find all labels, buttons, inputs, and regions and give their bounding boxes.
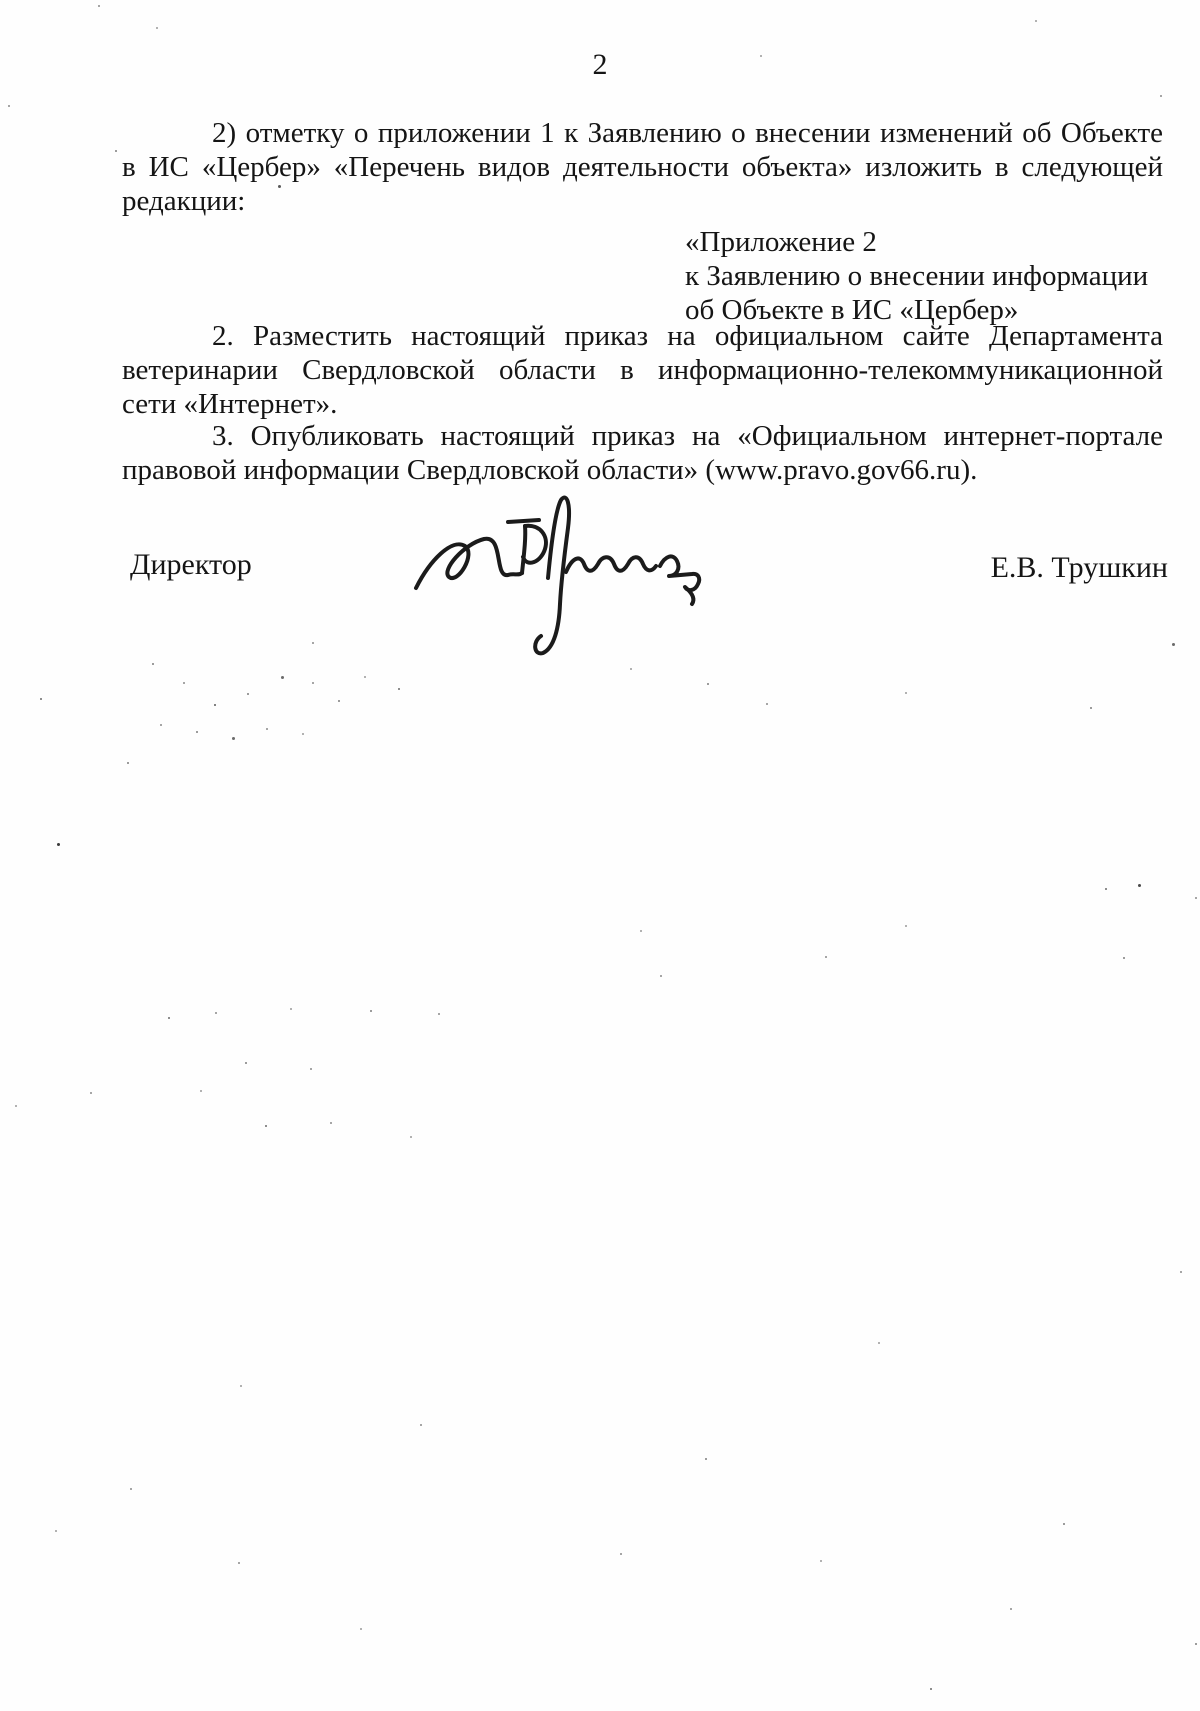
scan-speckle (215, 1012, 217, 1014)
scan-speckle (1195, 897, 1197, 899)
scan-speckle (312, 682, 314, 684)
scan-speckle (196, 731, 198, 733)
scan-speckle (127, 762, 129, 764)
text-line: правовой информации Свердловской области… (122, 453, 1163, 487)
scan-speckle (310, 1068, 312, 1070)
scan-speckle (8, 105, 10, 107)
scan-speckle (55, 1530, 57, 1532)
scan-speckle (168, 1017, 170, 1019)
scan-speckle (620, 1553, 622, 1555)
scan-speckle (312, 642, 314, 644)
scan-speckle (364, 676, 366, 678)
scan-speckle (420, 1424, 422, 1426)
scan-speckle (705, 1458, 707, 1460)
scan-speckle (90, 1092, 92, 1094)
scan-speckle (152, 663, 154, 665)
scan-speckle (290, 1008, 292, 1010)
scan-speckle (302, 733, 304, 735)
text-line: 2) отметку о приложении 1 к Заявлению о … (122, 116, 1163, 150)
scan-speckle (820, 1560, 822, 1562)
scan-speckle (878, 1342, 880, 1344)
scanned-document-page: 2 2) отметку о приложении 1 к Заявлению … (0, 0, 1200, 1711)
clause-portal-publication-paragraph: 3. Опубликовать настоящий приказ на «Офи… (122, 419, 1163, 487)
scan-speckle (640, 930, 642, 932)
scan-speckle (1160, 95, 1162, 97)
scan-speckle (1172, 643, 1175, 646)
scan-speckle (200, 1090, 202, 1092)
handwritten-signature-icon (408, 486, 708, 666)
scan-speckle (1063, 1523, 1065, 1525)
text-line: «Приложение 2 (685, 225, 1185, 259)
scan-speckle (266, 728, 268, 730)
scan-speckle (1180, 1271, 1182, 1273)
scan-speckle (338, 700, 340, 702)
text-line: 3. Опубликовать настоящий приказ на «Офи… (122, 419, 1163, 453)
scan-speckle (130, 1488, 132, 1490)
scan-speckle (766, 703, 768, 705)
text-line: к Заявлению о внесении информации (685, 259, 1185, 293)
clause-site-publication-paragraph: 2. Разместить настоящий приказ на официа… (122, 319, 1163, 421)
scan-speckle (630, 668, 632, 670)
page-number: 2 (0, 48, 1200, 82)
text-line: в ИС «Цербер» «Перечень видов деятельнос… (122, 150, 1163, 184)
text-line: редакции: (122, 184, 1163, 218)
scan-speckle (707, 683, 709, 685)
appendix-reference-block: «Приложение 2 к Заявлению о внесении инф… (685, 225, 1185, 327)
scan-speckle (160, 724, 162, 726)
scan-speckle (360, 1628, 362, 1630)
scan-speckle (1195, 1643, 1197, 1645)
scan-speckle (905, 692, 907, 694)
signature-role-label: Директор (130, 548, 252, 582)
scan-speckle (214, 704, 216, 706)
scan-speckle (370, 1010, 372, 1012)
scan-speckle (247, 693, 249, 695)
scan-speckle (930, 1688, 932, 1690)
scan-speckle (232, 737, 235, 740)
text-line: 2. Разместить настоящий приказ на официа… (122, 319, 1163, 353)
scan-speckle (281, 676, 284, 679)
scan-speckle (183, 682, 185, 684)
scan-speckle (1123, 957, 1125, 959)
scan-speckle (1010, 1608, 1012, 1610)
scan-speckle (330, 1122, 332, 1124)
scan-speckle (265, 1125, 267, 1127)
scan-speckle (905, 925, 907, 927)
signatory-name: Е.В. Трушкин (991, 551, 1168, 585)
scan-speckle (1105, 888, 1107, 890)
scan-speckle (398, 688, 400, 690)
scan-speckle (240, 1385, 242, 1387)
scan-speckle (15, 1105, 17, 1107)
scan-speckle (245, 1062, 247, 1064)
scan-speckle (438, 1013, 440, 1015)
scan-speckle (1090, 707, 1092, 709)
scan-speckle (156, 27, 158, 29)
scan-speckle (40, 698, 42, 700)
scan-speckle (660, 975, 662, 977)
clause-amendment-paragraph: 2) отметку о приложении 1 к Заявлению о … (122, 116, 1163, 218)
scan-speckle (825, 956, 827, 958)
text-line: сети «Интернет». (122, 387, 1163, 421)
scan-speckle (238, 1562, 240, 1564)
scan-speckle (98, 5, 100, 7)
text-line: ветеринарии Свердловской области в инфор… (122, 353, 1163, 387)
scan-speckle (1138, 884, 1141, 887)
scan-speckle (115, 150, 117, 152)
scan-speckle (1035, 20, 1037, 22)
scan-speckle (410, 1136, 412, 1138)
scan-speckle (57, 843, 60, 846)
